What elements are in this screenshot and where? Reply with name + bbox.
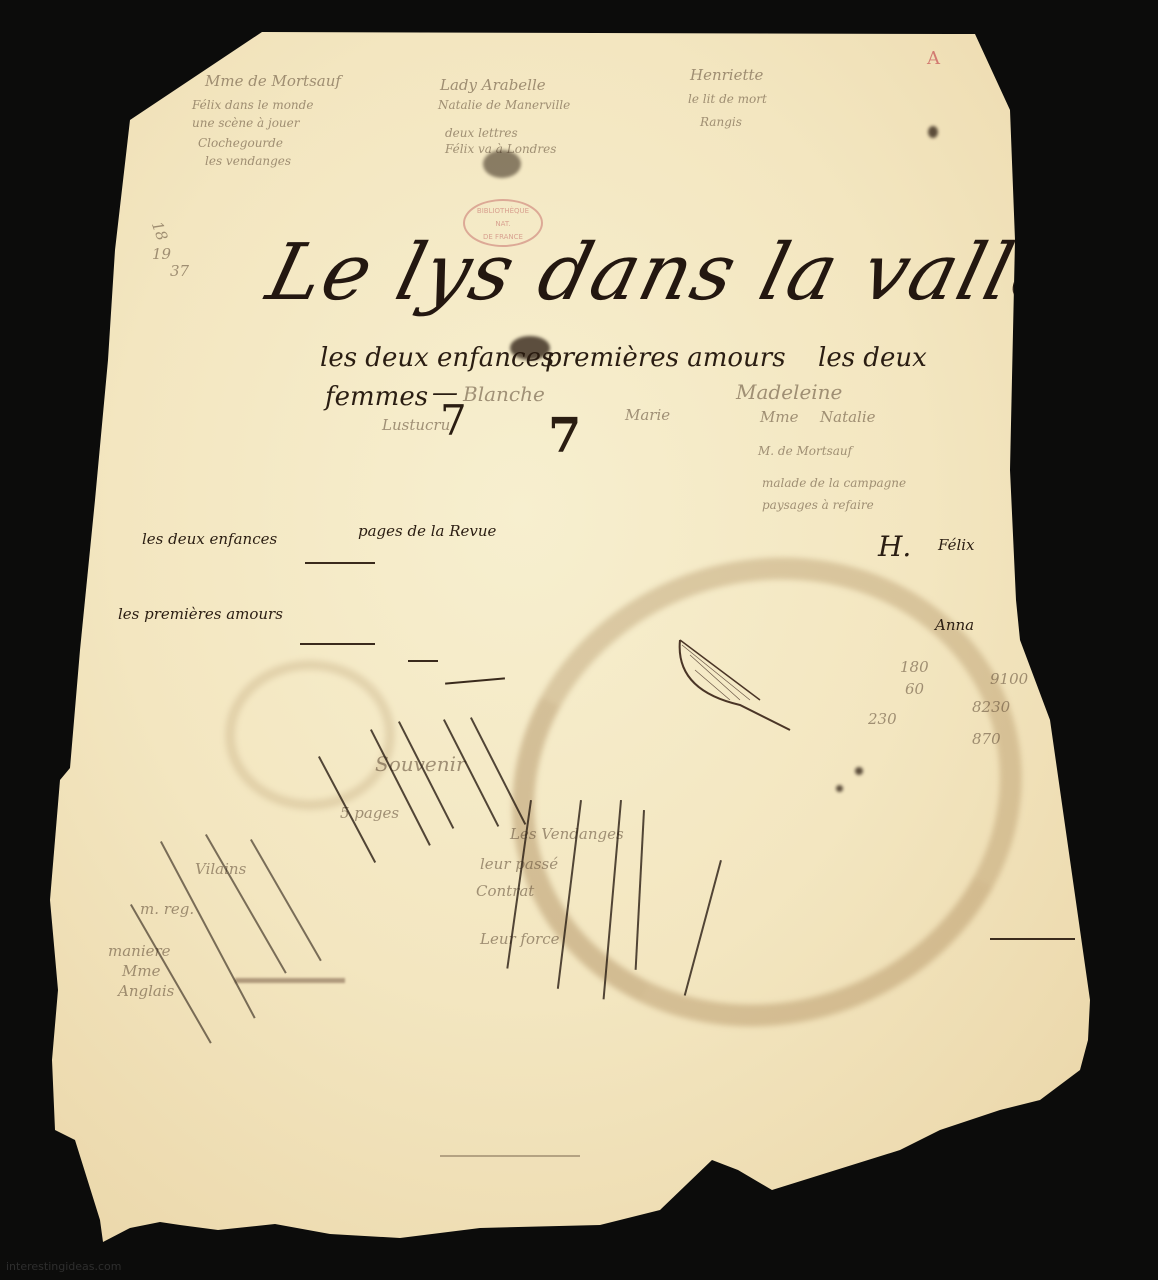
right-number: 230 <box>868 710 897 728</box>
right-note: malade de la campagne <box>762 476 906 490</box>
top-note: Lady Arabelle <box>440 76 546 94</box>
right-bottom-number: 3820 <box>0 560 1158 581</box>
right-number: 8230 <box>972 698 1010 716</box>
right-number: 9100 <box>990 670 1028 688</box>
watermark: interestingideas.com <box>6 1260 121 1273</box>
quill-sketch <box>670 630 810 740</box>
outline-part: femmes <box>325 382 428 412</box>
ink-dot <box>855 767 863 775</box>
right-note: Anna <box>935 616 974 634</box>
scribble-blot <box>483 150 521 178</box>
right-note: paysages à refaire <box>762 498 874 512</box>
strike-stroke <box>205 834 286 973</box>
ink-dot <box>836 785 843 792</box>
outline-part: premières amours <box>545 343 786 373</box>
top-note: Henriette <box>690 66 763 84</box>
calc-rule <box>300 643 375 645</box>
top-note: les vendanges <box>205 154 291 168</box>
strike-stroke <box>370 729 430 846</box>
top-note: une scène à jouer <box>192 116 299 130</box>
top-note: Mme de Mortsauf <box>205 72 341 90</box>
small-ring-stain <box>225 660 395 810</box>
calc-note: pages de la Revue <box>358 522 496 540</box>
strike-stroke <box>250 839 321 961</box>
right-note: Félix <box>938 536 975 554</box>
calc-label: les deux enfances <box>142 530 277 548</box>
numeral-seven-bold: 7 <box>548 408 581 464</box>
sum-operand: 210 <box>0 175 1158 199</box>
faint-name: Blanche <box>463 382 545 406</box>
calc-label: les premières amours <box>118 605 283 623</box>
calc-value: 70 <box>0 77 1158 105</box>
top-note: le lit de mort <box>688 92 767 106</box>
right-number: 870 <box>972 730 1001 748</box>
calc-rule <box>305 562 375 564</box>
calc-dash <box>408 660 438 662</box>
faint-name: Madeleine <box>736 380 842 404</box>
corner-letter: A <box>927 48 940 69</box>
right-number: 180 <box>900 658 929 676</box>
faint-name: Natalie <box>820 408 876 426</box>
margin-number: 37 <box>170 262 189 280</box>
list-label: Anglais <box>118 982 174 1000</box>
calc-subtotal: 255 <box>0 49 1158 77</box>
numeral-seven: 7 <box>440 396 467 445</box>
sum-operand: 255 <box>0 154 1158 175</box>
top-note: Natalie de Manerville <box>438 98 570 112</box>
calc-value: 85 <box>0 0 1158 28</box>
right-bottom-number: 180 <box>0 497 1158 518</box>
top-note: Clochegourde <box>198 136 283 150</box>
middle-note: Contrat <box>476 882 534 900</box>
faint-name: M. de Mortsauf <box>758 444 852 458</box>
list-label: m. reg. <box>140 900 194 918</box>
faint-name: Marie <box>625 406 670 424</box>
calc-multiplier: 3 <box>0 105 1158 126</box>
middle-note: Leur force <box>480 930 559 948</box>
list-label: Mme <box>122 962 160 980</box>
manuscript-page: A BIBLIOTHÈQUE NAT. DE FRANCE Mme de Mor… <box>0 0 1158 1280</box>
calc-multiplier: 3 <box>0 28 1158 49</box>
initial-h: H. <box>878 530 911 563</box>
top-note: deux lettres <box>445 126 518 140</box>
sum-total: 465 <box>0 199 1158 224</box>
faint-name: Mme <box>760 408 798 426</box>
list-rule <box>235 978 345 983</box>
top-note: Félix dans le monde <box>192 98 313 112</box>
stamp-line: BIBLIOTHÈQUE <box>465 205 541 218</box>
outline-part: les deux <box>818 343 927 373</box>
ink-blot <box>510 336 550 360</box>
top-note: Rangis <box>700 115 742 129</box>
calc-subtotal: 210 <box>0 126 1158 154</box>
ink-dot <box>928 126 938 138</box>
bottom-rule <box>440 1155 580 1157</box>
right-number: 60 <box>905 680 924 698</box>
manuscript-title: Le lys dans la vallée <box>259 228 1121 318</box>
photo-stage: A BIBLIOTHÈQUE NAT. DE FRANCE Mme de Mor… <box>0 0 1158 1280</box>
margin-number: 19 <box>152 245 171 263</box>
right-bottom-number: 2000 <box>0 476 1158 497</box>
calc-rule <box>445 677 505 684</box>
struck-box <box>990 938 1075 940</box>
